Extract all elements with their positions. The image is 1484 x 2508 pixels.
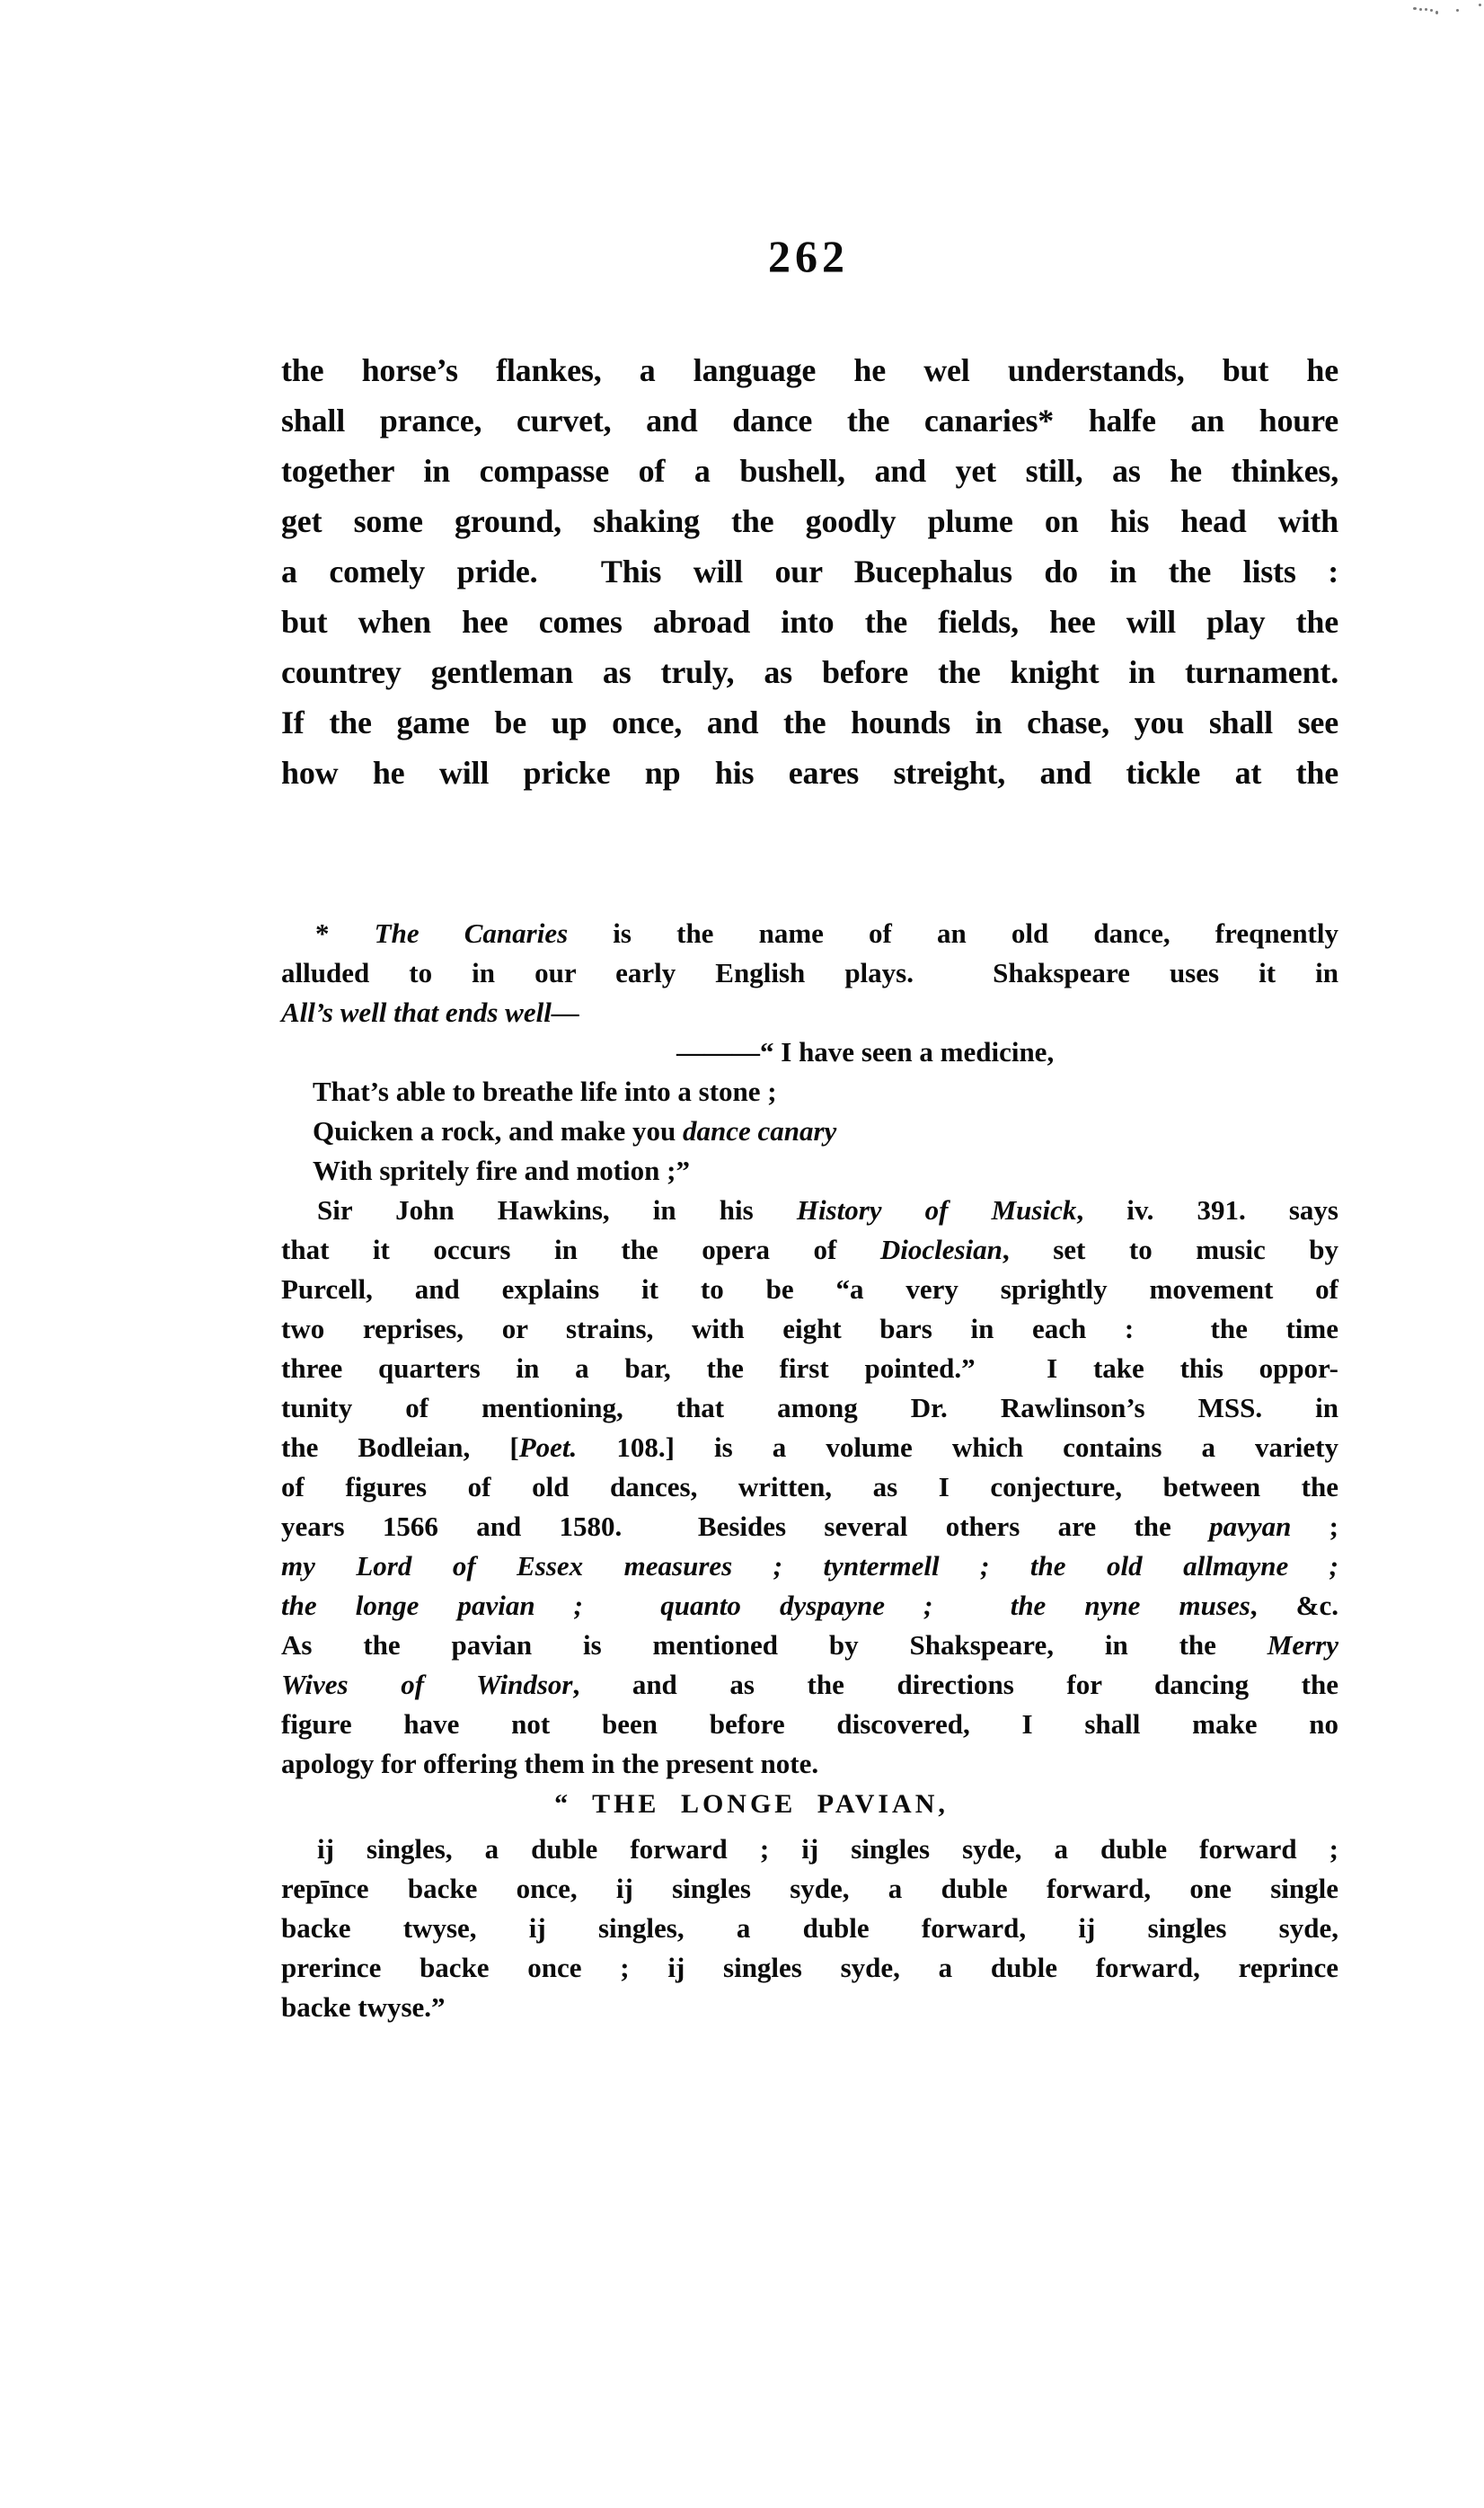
text-line: apology for offering them in the present… [281, 1744, 1338, 1784]
text-segment: Purcell, and explains it to be “a very s… [281, 1273, 1338, 1305]
text-segment: figure have not been before discovered, … [281, 1708, 1338, 1740]
text-line: Quicken a rock, and make you dance canar… [281, 1112, 1338, 1151]
text-segment: apology for offering them in the present… [281, 1748, 818, 1779]
text-segment: years 1566 and 1580. Besides several oth… [281, 1511, 1209, 1542]
text-segment: prerince backe once ; ij singles syde, a… [281, 1952, 1338, 1983]
italic-text: my Lord of Essex measures ; tyntermell ;… [281, 1550, 1338, 1582]
text-line: backe twyse, ij singles, a duble forward… [281, 1909, 1338, 1948]
scan-speckle [1456, 9, 1459, 12]
text-segment: is the name of an old dance, freqnently [568, 917, 1338, 949]
text-segment: , iv. 391. says [1076, 1194, 1338, 1226]
text-segment: three quarters in a bar, the first point… [281, 1352, 1338, 1384]
text-line: All’s well that ends well— [281, 993, 1338, 1032]
text-segment: With spritely fire and motion ;” [313, 1155, 690, 1186]
text-segment: Quicken a rock, and make you [313, 1115, 683, 1147]
text-line: countrey gentleman as truly, as before t… [281, 647, 1338, 697]
text-line: As the pavian is mentioned by Shakspeare… [281, 1626, 1338, 1665]
text-line: backe twyse.” [281, 1988, 1338, 2027]
italic-text: Poet. [519, 1431, 578, 1463]
text-segment: backe twyse.” [281, 1991, 446, 2023]
text-segment: get some ground, shaking the goodly plum… [281, 503, 1338, 539]
italic-text: All’s well that ends well— [281, 997, 579, 1028]
text-line: Sir John Hawkins, in his History of Musi… [281, 1191, 1338, 1230]
text-segment: the horse’s flankes, a language he wel u… [281, 352, 1338, 388]
text-segment: two reprises, or strains, with eight bar… [281, 1313, 1338, 1344]
page-number: 262 [0, 234, 1484, 279]
scan-speckle [1425, 8, 1427, 11]
text-segment: That’s able to breathe life into a stone… [313, 1076, 777, 1107]
text-segment: countrey gentleman as truly, as before t… [281, 654, 1338, 690]
italic-text: pavyan [1209, 1511, 1291, 1542]
scan-speckle [1419, 8, 1422, 11]
text-segment: how he will pricke np his eares streight… [281, 755, 1338, 791]
text-line: repīnce backe once, ij singles syde, a d… [281, 1869, 1338, 1909]
scan-speckle [1435, 11, 1438, 14]
text-line: prerince backe once ; ij singles syde, a… [281, 1948, 1338, 1988]
text-segment: the Bodleian, [ [281, 1431, 519, 1463]
text-segment: shall prance, curvet, and dance the cana… [281, 403, 1338, 439]
text-line: of figures of old dances, written, as I … [281, 1467, 1338, 1507]
text-segment: ———“ I have seen a medicine, [676, 1036, 1054, 1068]
text-line: tunity of mentioning, that among Dr. Raw… [281, 1388, 1338, 1428]
text-line: That’s able to breathe life into a stone… [281, 1072, 1338, 1112]
text-line: a comely pride. This will our Bucephalus… [281, 546, 1338, 597]
text-line: that it occurs in the opera of Dioclesia… [281, 1230, 1338, 1270]
text-segment: ; [1291, 1511, 1338, 1542]
text-line: figure have not been before discovered, … [281, 1705, 1338, 1744]
text-line: ij singles, a duble forward ; ij singles… [281, 1830, 1338, 1869]
text-line: together in compasse of a bushell, and y… [281, 446, 1338, 496]
text-segment: , set to music by [1003, 1234, 1338, 1265]
text-line: two reprises, or strains, with eight bar… [281, 1309, 1338, 1349]
text-line: how he will pricke np his eares streight… [281, 748, 1338, 798]
text-segment: ij singles, a duble forward ; ij singles… [317, 1833, 1338, 1865]
text-segment: tunity of mentioning, that among Dr. Raw… [281, 1392, 1338, 1423]
text-segment: As the pavian is mentioned by Shakspeare… [281, 1629, 1268, 1661]
text-line: Wives of Windsor, and as the directions … [281, 1665, 1338, 1705]
italic-text: the longe pavian ; quanto dyspayne ; the… [281, 1590, 1250, 1621]
text-segment: If the game be up once, and the hounds i… [281, 705, 1338, 740]
scan-speckle [1430, 9, 1433, 12]
text-line: * The Canaries is the name of an old dan… [281, 914, 1338, 953]
italic-text: Wives of Windsor [281, 1669, 572, 1700]
scan-speckle [1479, 4, 1481, 6]
text-line: the Bodleian, [Poet. 108.] is a volume w… [281, 1428, 1338, 1467]
text-segment: a comely pride. This will our Bucephalus… [281, 554, 1338, 589]
italic-text: dance canary [683, 1115, 836, 1147]
text-line: my Lord of Essex measures ; tyntermell ;… [281, 1546, 1338, 1586]
text-line: Purcell, and explains it to be “a very s… [281, 1270, 1338, 1309]
text-segment: * [315, 917, 375, 949]
footnote-dance-heading: “ THE LONGE PAVIAN, [281, 1784, 1338, 1824]
text-segment: but when hee comes abroad into the field… [281, 604, 1338, 640]
text-line: get some ground, shaking the goodly plum… [281, 496, 1338, 546]
italic-text: Merry [1268, 1629, 1338, 1661]
text-segment: repīnce backe once, ij singles syde, a d… [281, 1873, 1338, 1904]
italic-text: History of Musick [797, 1194, 1077, 1226]
text-segment: together in compasse of a bushell, and y… [281, 453, 1338, 489]
text-line: ———“ I have seen a medicine, [281, 1032, 1338, 1072]
text-line: If the game be up once, and the hounds i… [281, 697, 1338, 748]
italic-text: The Canaries [375, 917, 569, 949]
text-line: years 1566 and 1580. Besides several oth… [281, 1507, 1338, 1546]
text-line: but when hee comes abroad into the field… [281, 597, 1338, 647]
footnote-block: * The Canaries is the name of an old dan… [281, 914, 1338, 2027]
scanned-book-page: 262 the horse’s flankes, a language he w… [0, 0, 1484, 2508]
text-segment: of figures of old dances, written, as I … [281, 1471, 1338, 1502]
italic-text: Dioclesian [880, 1234, 1003, 1265]
text-line: With spritely fire and motion ;” [281, 1151, 1338, 1191]
main-paragraph: the horse’s flankes, a language he wel u… [281, 345, 1338, 798]
text-line: shall prance, curvet, and dance the cana… [281, 395, 1338, 446]
text-segment: backe twyse, ij singles, a duble forward… [281, 1912, 1338, 1944]
text-segment: , and as the directions for dancing the [572, 1669, 1338, 1700]
text-segment: “ THE LONGE PAVIAN, [554, 1789, 949, 1819]
text-segment: , &c. [1250, 1590, 1338, 1621]
text-line: the longe pavian ; quanto dyspayne ; the… [281, 1586, 1338, 1626]
scan-speckle [1413, 7, 1417, 10]
text-segment: Sir John Hawkins, in his [317, 1194, 797, 1226]
text-segment: 108.] is a volume which contains a varie… [577, 1431, 1338, 1463]
text-line: the horse’s flankes, a language he wel u… [281, 345, 1338, 395]
text-segment: alluded to in our early English plays. S… [281, 957, 1338, 988]
text-line: three quarters in a bar, the first point… [281, 1349, 1338, 1388]
text-segment: that it occurs in the opera of [281, 1234, 880, 1265]
text-line: alluded to in our early English plays. S… [281, 953, 1338, 993]
